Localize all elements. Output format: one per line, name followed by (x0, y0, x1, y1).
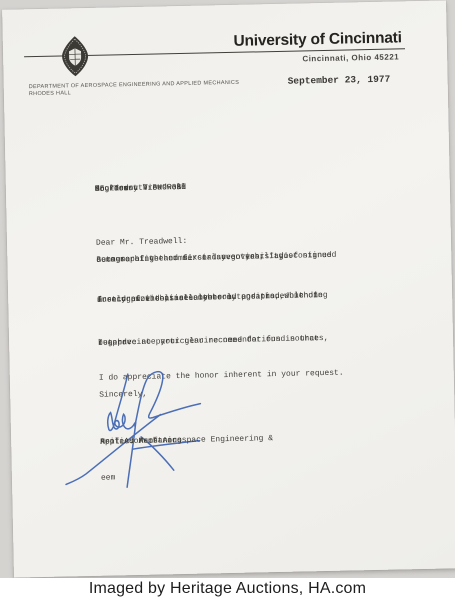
building-name: RHODES HALL (29, 90, 71, 97)
letter-date: September 23, 1977 (288, 75, 391, 88)
department-name: DEPARTMENT OF AEROSPACE ENGINEERING AND … (29, 80, 240, 90)
typist-initials: eem (101, 473, 116, 484)
university-address: Cincinnati, Ohio 45221 (302, 52, 399, 63)
salutation: Dear Mr. Treadwell: (96, 237, 187, 250)
auction-photo: University of Cincinnati Cincinnati, Ohi… (0, 0, 455, 600)
credit-bar: Imaged by Heritage Auctions, HA.com (0, 578, 455, 600)
credit-text: Imaged by Heritage Auctions, HA.com (89, 580, 366, 598)
university-seal-icon (59, 35, 92, 78)
letter-page: University of Cincinnati Cincinnati, Ohi… (2, 0, 455, 577)
university-name: University of Cincinnati (233, 29, 402, 51)
